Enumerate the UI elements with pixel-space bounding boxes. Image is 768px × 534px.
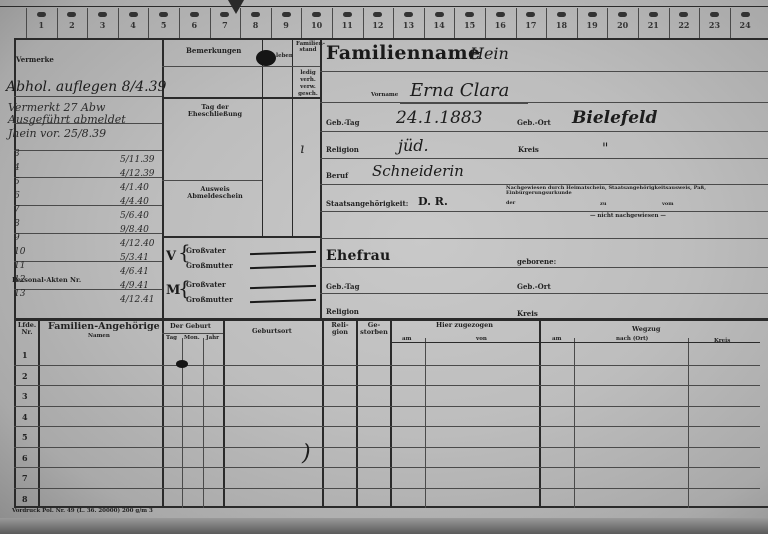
tab-number: 23 — [699, 20, 730, 30]
table-row-number: 6 — [22, 453, 28, 463]
tab-divider — [669, 8, 670, 38]
rule — [162, 333, 223, 334]
tab-divider — [454, 8, 455, 38]
tab-number: 22 — [669, 20, 700, 30]
tab-divider — [485, 8, 486, 38]
row-mark: 7 — [14, 206, 20, 215]
rule — [320, 293, 768, 294]
tab-hole-icon — [649, 12, 658, 17]
familienstand-values: ledig verh. verw. gesch. — [296, 70, 320, 98]
tab-hole-icon — [373, 12, 382, 17]
row-mark: 10 — [14, 248, 25, 257]
table-row — [14, 406, 760, 407]
grossvater-v-label: Großvater — [186, 247, 226, 254]
divider-main — [320, 38, 322, 318]
tab-9: 9 — [271, 8, 302, 38]
header-religion: Reli-gion — [326, 322, 354, 337]
header-lfde-nr: Lfde. Nr. — [17, 322, 37, 336]
note-line-4: Jhein vor. 25/8.39 — [8, 128, 106, 139]
nachweis-der: der — [506, 201, 515, 206]
tab-divider — [210, 8, 211, 38]
tab-10: 10 — [301, 8, 332, 38]
tab-divider — [271, 8, 272, 38]
ehefrau-kreis-label: Kreis — [517, 310, 538, 317]
tab-divider — [118, 8, 119, 38]
tab-number: 4 — [118, 20, 149, 30]
table-row — [14, 447, 760, 448]
header-tag: Tag — [166, 336, 177, 342]
table-row-number: 4 — [22, 412, 28, 422]
date-entry: 4/4.40 — [120, 198, 149, 207]
tab-23: 23 — [699, 8, 730, 38]
familienname-label: Familienname — [326, 44, 480, 63]
tab-13: 13 — [393, 8, 424, 38]
tab-hole-icon — [37, 12, 46, 17]
card-edge-shadow — [0, 518, 768, 534]
staatsangehoerigkeit-value: D. R. — [418, 196, 448, 207]
note-line-2: Vermerkt 27 Abw — [8, 102, 105, 113]
tab-divider — [148, 8, 149, 38]
date-entry: 9/8.40 — [120, 226, 149, 235]
registration-card: 123456789101112131415161718192021222324 … — [0, 0, 768, 534]
table-row-number: 5 — [22, 432, 28, 442]
rule — [320, 71, 768, 72]
tab-8: 8 — [240, 8, 271, 38]
staatsangehoerigkeit-label: Staatsangehörigkeit: — [326, 200, 408, 207]
ink-spot — [176, 360, 188, 368]
rule — [320, 102, 768, 103]
header-zugezogen-am: am — [402, 337, 411, 343]
table-row-number: 7 — [22, 473, 28, 483]
col-divider — [539, 318, 541, 508]
tab-number: 19 — [577, 20, 608, 30]
tab-number: 13 — [393, 20, 424, 30]
geb-ort-label: Geb.-Ort — [517, 119, 551, 126]
col-divider — [162, 318, 164, 508]
col-divider — [356, 318, 358, 508]
tab-number: 11 — [332, 20, 363, 30]
tab-divider — [577, 8, 578, 38]
nachweis-zu: zu — [600, 202, 606, 207]
row-mark: 11 — [14, 262, 25, 271]
header-zugezogen-von: von — [476, 337, 487, 343]
pen-mark: ) — [302, 443, 311, 465]
rule — [320, 267, 768, 268]
tab-15: 15 — [454, 8, 485, 38]
tab-divider — [57, 8, 58, 38]
tab-20: 20 — [607, 8, 638, 38]
familienstand-mark: ı — [300, 142, 304, 156]
rule — [162, 180, 262, 181]
header-geburtsort: Geburtsort — [252, 328, 292, 335]
col-divider — [223, 318, 225, 508]
table-row — [14, 467, 760, 468]
strike-mark — [250, 265, 316, 269]
tab-21: 21 — [638, 8, 669, 38]
header-jahr: Jahr — [206, 336, 219, 342]
v-label: V — [166, 250, 176, 263]
ehefrau-label: Ehefrau — [326, 249, 391, 263]
religion-value: jüd. — [398, 138, 429, 154]
date-entry: 5/6.40 — [120, 212, 149, 221]
tab-hole-icon — [435, 12, 444, 17]
tab-hole-icon — [679, 12, 688, 17]
ehefrau-geb-tag-label: Geb.-Tag — [326, 283, 359, 290]
tab-hole-icon — [129, 12, 138, 17]
col-divider — [574, 338, 575, 508]
tab-divider — [546, 8, 547, 38]
grossmutter-v-label: Großmutter — [186, 262, 233, 269]
tab-number: 2 — [57, 20, 88, 30]
tab-divider — [516, 8, 517, 38]
date-entry: 4/9.41 — [120, 282, 149, 291]
tab-number: 21 — [638, 20, 669, 30]
nachweis-text: Nachgewiesen durch Heimatschein, Staatsa… — [506, 186, 766, 196]
divider-bemerk — [262, 38, 263, 236]
ausweis-label: Ausweis Abmeldeschein — [180, 186, 250, 199]
tab-divider — [699, 8, 700, 38]
tab-6: 6 — [179, 8, 210, 38]
bemerkungen-label: Bemerkungen — [186, 47, 241, 54]
header-mon: Mon. — [184, 336, 200, 342]
tab-hole-icon — [618, 12, 627, 17]
grossmutter-m-label: Großmutter — [186, 296, 233, 303]
tab-14: 14 — [424, 8, 455, 38]
tab-number: 3 — [87, 20, 118, 30]
table-row-number: 1 — [22, 350, 28, 360]
tab-number: 1 — [26, 20, 57, 30]
rule — [162, 66, 320, 67]
tab-divider — [87, 8, 88, 38]
rule — [162, 236, 320, 238]
tab-divider — [26, 8, 27, 38]
tab-number: 8 — [240, 20, 271, 30]
vorname-label: Vorname — [371, 93, 398, 99]
table-row-number: 8 — [22, 494, 28, 504]
rule — [390, 342, 760, 343]
header-wegzug-kreis: Kreis — [714, 339, 730, 345]
tab-hole-icon — [343, 12, 352, 17]
row-mark: 9 — [14, 234, 20, 243]
tab-divider — [332, 8, 333, 38]
personal-akten-label: Personal-Akten Nr. — [12, 277, 81, 284]
row-mark: 6 — [14, 192, 20, 201]
geb-tag-value: 24.1.1883 — [396, 110, 483, 127]
row-mark: 3 — [14, 150, 20, 159]
tab-7: 7 — [210, 8, 241, 38]
familienstand-label: Familien-stand — [296, 42, 320, 53]
tab-hole-icon — [220, 12, 229, 17]
date-entry: 5/3.41 — [120, 254, 149, 263]
tab-number: 12 — [363, 20, 394, 30]
col-divider — [390, 318, 392, 508]
tab-number: 10 — [301, 20, 332, 30]
tab-hole-icon — [741, 12, 750, 17]
tab-hole-icon — [465, 12, 474, 17]
tab-hole-icon — [282, 12, 291, 17]
ehefrau-geb-ort-label: Geb.-Ort — [517, 283, 551, 290]
col-divider — [38, 318, 40, 508]
tab-number: 18 — [546, 20, 577, 30]
row-mark: 8 — [14, 220, 20, 229]
tab-hole-icon — [404, 12, 413, 17]
note-line-3: Ausgeführt abmeldet — [8, 114, 126, 125]
header-der-geburt: Der Geburt — [170, 323, 211, 330]
tab-hole-icon — [190, 12, 199, 17]
tab-3: 3 — [87, 8, 118, 38]
tab-hole-icon — [526, 12, 535, 17]
col-divider — [688, 338, 689, 508]
nicht-nachgewiesen: — nicht nachgewiesen — — [590, 214, 666, 220]
geb-tag-label: Geb.-Tag — [326, 119, 359, 126]
beruf-label: Beruf — [326, 172, 348, 179]
tab-19: 19 — [577, 8, 608, 38]
geb-ort-value: Bielefeld — [572, 110, 657, 127]
ink-blot — [256, 50, 276, 66]
strike-mark — [250, 285, 316, 289]
tab-11: 11 — [332, 8, 363, 38]
tab-divider — [730, 8, 731, 38]
tab-1: 1 — [26, 8, 57, 38]
date-entry: 4/1.40 — [120, 184, 149, 193]
rule — [14, 96, 162, 97]
tab-divider — [424, 8, 425, 38]
header-wegzug-nach: nach (Ort) — [616, 337, 648, 343]
table-row — [14, 488, 760, 489]
header-wegzug: Wegzug — [632, 326, 660, 333]
kreis-label: Kreis — [518, 146, 539, 153]
note-line-1: Abhol. auflegen 8/4.39 — [6, 80, 166, 94]
rule — [162, 97, 320, 99]
date-entry: 4/12.39 — [120, 170, 155, 179]
date-entry: 5/11.39 — [120, 156, 155, 165]
table-row-number: 2 — [22, 371, 28, 381]
beruf-value: Schneiderin — [372, 164, 464, 179]
tab-5: 5 — [148, 8, 179, 38]
tab-strip-bottom-line — [14, 38, 768, 40]
col-divider — [425, 338, 426, 508]
date-entry: 4/12.40 — [120, 240, 155, 249]
tab-number: 15 — [454, 20, 485, 30]
vermerke-label: Vermerke — [16, 56, 54, 63]
row-mark: 5 — [14, 178, 20, 187]
rule — [320, 131, 768, 132]
vorname-value: Erna Clara — [410, 82, 509, 100]
strike-mark — [250, 299, 316, 303]
tab-divider — [301, 8, 302, 38]
col-divider — [322, 318, 324, 508]
tab-number: 20 — [607, 20, 638, 30]
tab-number: 14 — [424, 20, 455, 30]
tab-24: 24 — [730, 8, 761, 38]
tab-hole-icon — [710, 12, 719, 17]
tab-divider — [607, 8, 608, 38]
tab-divider — [638, 8, 639, 38]
col-divider — [203, 338, 204, 508]
tab-number: 6 — [179, 20, 210, 30]
header-angehoerige: Familien-Angehörige — [48, 322, 160, 332]
divider-leben — [292, 38, 293, 236]
strike-mark — [250, 251, 316, 255]
table-row — [14, 365, 760, 366]
tab-hole-icon — [588, 12, 597, 17]
rule — [320, 158, 768, 159]
tab-divider — [393, 8, 394, 38]
eheschliessung-label: Tag der Eheschließung — [178, 104, 252, 117]
rule — [320, 238, 768, 239]
tab-number: 24 — [730, 20, 761, 30]
tab-hole-icon — [557, 12, 566, 17]
row-mark: 13 — [14, 290, 25, 299]
tab-hole-icon — [67, 12, 76, 17]
table-row-number: 3 — [22, 391, 28, 401]
tab-17: 17 — [516, 8, 547, 38]
date-entry: 4/12.41 — [120, 296, 155, 305]
grossvater-m-label: Großvater — [186, 281, 226, 288]
tab-number: 5 — [148, 20, 179, 30]
geborene-label: geborene: — [517, 258, 556, 265]
tab-hole-icon — [312, 12, 321, 17]
tab-4: 4 — [118, 8, 149, 38]
tab-divider — [240, 8, 241, 38]
tab-hole-icon — [98, 12, 107, 17]
table-row — [14, 385, 760, 386]
rule — [14, 150, 162, 151]
header-hier-zugezogen: Hier zugezogen — [436, 322, 493, 329]
ehefrau-religion-label: Religion — [326, 308, 359, 315]
tab-16: 16 — [485, 8, 516, 38]
rule — [320, 211, 768, 212]
tab-divider — [179, 8, 180, 38]
tab-hole-icon — [496, 12, 505, 17]
tab-hole-icon — [251, 12, 260, 17]
tab-12: 12 — [363, 8, 394, 38]
tab-number: 17 — [516, 20, 547, 30]
tab-hole-icon — [159, 12, 168, 17]
tab-18: 18 — [546, 8, 577, 38]
row-mark: 4 — [14, 164, 20, 173]
tab-2: 2 — [57, 8, 88, 38]
kreis-value: " — [602, 142, 608, 156]
tab-number: 9 — [271, 20, 302, 30]
nachweis-vom: vom — [662, 202, 674, 207]
familienname-value: Hein — [470, 46, 509, 62]
header-wegzug-am: am — [552, 337, 561, 343]
tab-divider — [363, 8, 364, 38]
header-gestorben: Ge-storben — [360, 322, 388, 337]
tab-22: 22 — [669, 8, 700, 38]
form-footer: Vordruck Pol. Nr. 49 (L. 36. 20000) 200 … — [12, 509, 153, 515]
date-entry: 4/6.41 — [120, 268, 149, 277]
leben-label: leben — [276, 54, 293, 60]
header-namen: Namen — [88, 334, 110, 340]
underline — [400, 103, 528, 104]
tab-strip-top-line — [0, 6, 768, 7]
religion-label: Religion — [326, 146, 359, 153]
table-row — [14, 426, 760, 427]
tab-number: 7 — [210, 20, 241, 30]
tab-number: 16 — [485, 20, 516, 30]
